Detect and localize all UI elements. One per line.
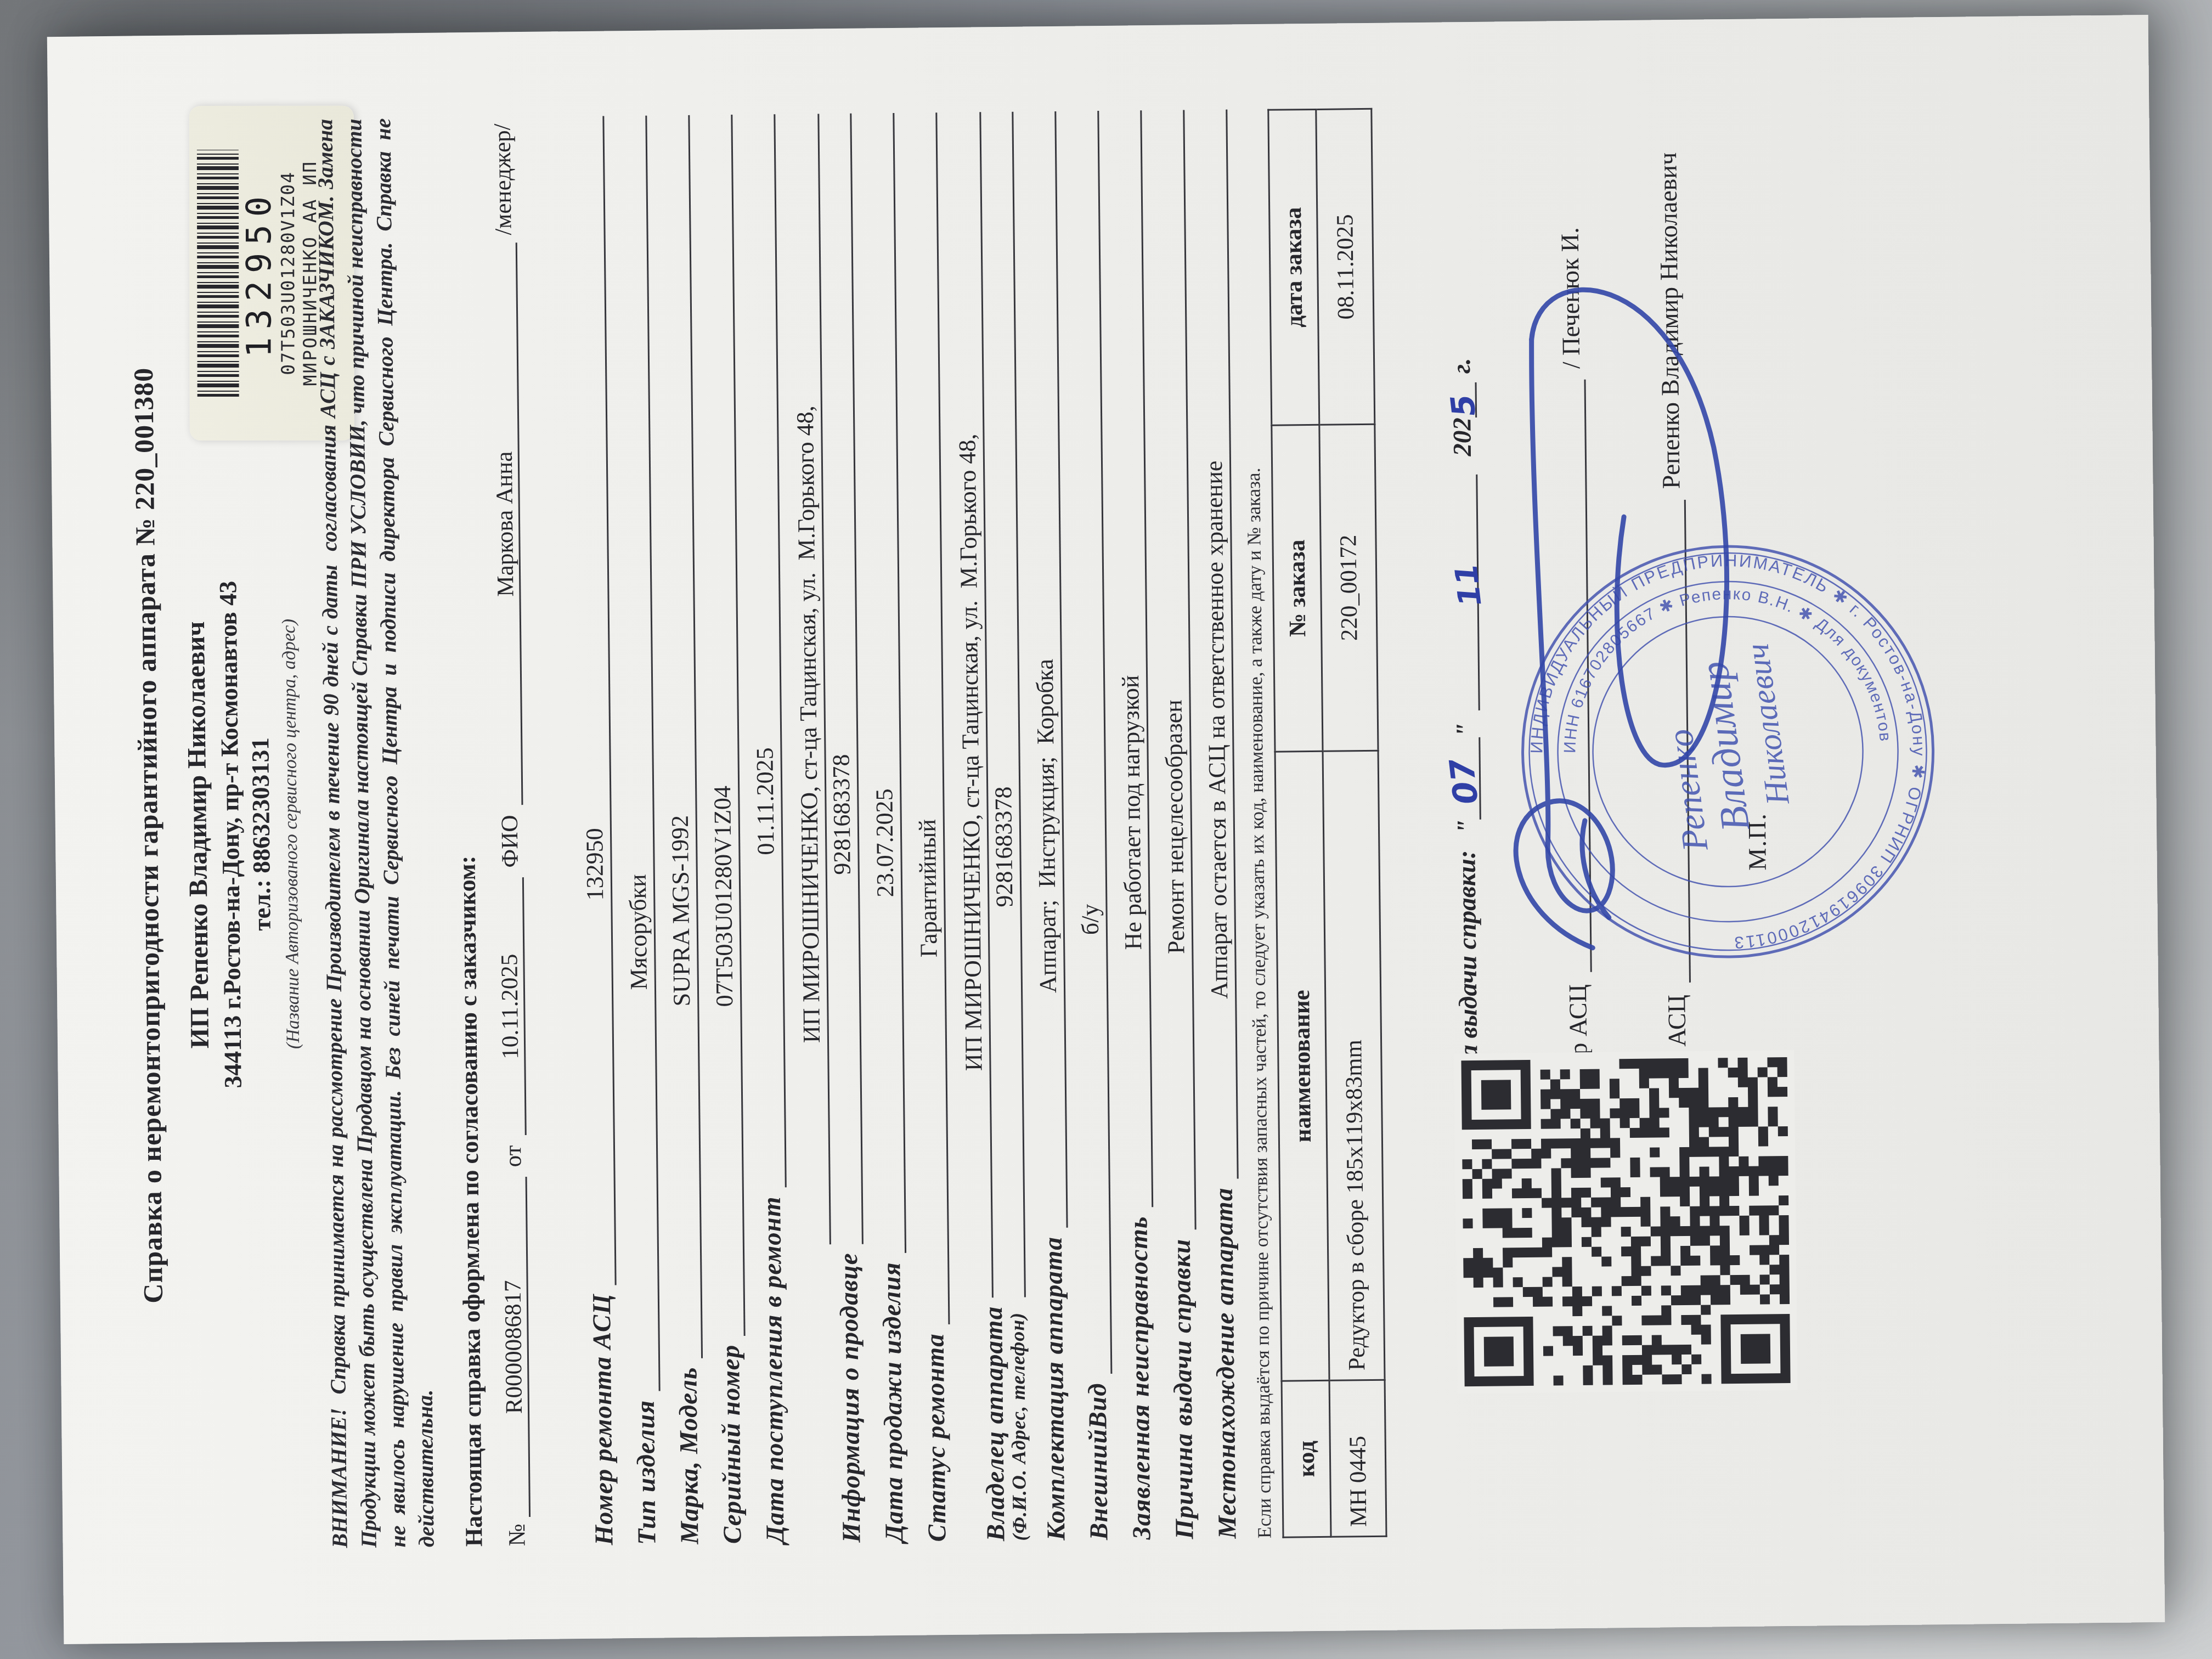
field-row-owner: Владелец аппарата (Ф.И.О. Адрес, телефон…	[949, 112, 1028, 1542]
certificate-number-line: № R0000086817 от 10.11.2025 ФИО Маркова …	[488, 117, 531, 1546]
manager-role: /менеджер/	[489, 117, 517, 243]
field-sublabel: (Ф.И.О. Адрес, телефон)	[1008, 1306, 1029, 1541]
field-value: SUPRA MGS-1992	[666, 815, 696, 1007]
cell-name: Редуктор в сборе 185x119x83mm	[1323, 751, 1385, 1380]
field-label: Статус ремонта	[921, 1324, 952, 1542]
field-value: 01.11.2025	[751, 747, 780, 855]
engineer-name: / Печенюк И.	[1555, 227, 1586, 380]
quote-close: "	[1451, 723, 1480, 737]
handwritten-day: 07	[1443, 756, 1486, 806]
year-blank: 5	[1475, 382, 1477, 417]
cell-code: МН 0445	[1329, 1380, 1386, 1537]
field-label: Местонахождение аппарата	[1209, 1178, 1243, 1539]
warranty-certificate-page: 132950 07T503U01280V1Z04 МИРОШНИЧЕНКО АА…	[47, 15, 2165, 1644]
director-name: Репенко Владимир Николаевич	[1653, 153, 1686, 500]
field-value: Мясорубки	[624, 874, 653, 990]
field-label: Дата продажи изделия	[877, 1253, 910, 1542]
stamp-center-script: Репенко Владимир Николаевич	[1650, 641, 1801, 854]
field-value: Ремонт нецелесообразен	[1160, 699, 1190, 954]
issue-date-line: Дата выдачи справки: " 07 " 11 202 5 г.	[1447, 358, 1484, 1108]
number-label: №	[504, 1517, 531, 1547]
quote-open: "	[1452, 819, 1481, 834]
fio-label: ФИО	[496, 805, 524, 878]
col-header-order: № заказа	[1272, 425, 1323, 752]
field-row-device-location: Местонахождение аппарата Аппарат остаетс…	[1196, 110, 1242, 1539]
field-row-equipment-set: Комплектация аппарата Аппарат; Инструкци…	[1025, 111, 1071, 1541]
col-header-name: наименование	[1275, 751, 1329, 1381]
col-header-order-date: дата заказа	[1268, 109, 1319, 425]
field-label: Дата поступления в ремонт	[757, 1187, 791, 1543]
handwritten-month: 11	[1448, 562, 1489, 608]
agreed-date-value: 10.11.2025	[495, 877, 527, 1136]
certificate-number-value: R0000086817	[499, 1177, 531, 1517]
agreement-line: Настоящая справка оформлена по согласова…	[445, 117, 488, 1547]
field-row-intake-date: Дата поступления в ремонт 01.11.2025	[744, 114, 791, 1543]
field-value: 07T503U01280V1Z04	[708, 786, 738, 1007]
field-value: Аппарат остается в АСЦ на ответственное …	[1200, 460, 1233, 999]
field-row-sale-date: Дата продажи изделия 23.07.2025	[863, 113, 909, 1542]
field-row-serial: Серийный номер 07T503U01280V1Z04	[702, 115, 748, 1544]
field-label: Тип изделия	[631, 1391, 662, 1545]
document-title: Справка о неремонтопригодности гарантийн…	[125, 121, 171, 1550]
field-label: Владелец аппарата	[979, 1306, 1010, 1542]
spare-parts-table: код наименование № заказа дата заказа МН…	[1267, 108, 1387, 1538]
company-stamp: ИНДИВИДУАЛЬНЫЙ ПРЕДПРИНИМАТЕЛЬ ✱ г. Рост…	[1512, 535, 1944, 968]
field-label-wrap: Владелец аппарата (Ф.И.О. Адрес, телефон…	[979, 1297, 1029, 1541]
field-label: Серийный номер	[716, 1336, 748, 1544]
qr-code-icon	[1454, 1050, 1797, 1393]
field-value: ИП МИРОШНИЧЕНКО, ст-ца Тацинская, ул. М.…	[791, 405, 826, 1043]
field-label: Заявленная неисправность	[1124, 1207, 1156, 1539]
col-header-code: код	[1282, 1380, 1331, 1537]
field-row-issue-reason: Причина выдачи справки Ремонт нецелесооб…	[1153, 110, 1199, 1539]
field-value: Гарантийный	[913, 819, 943, 957]
field-value: 132950	[580, 828, 609, 901]
handwritten-year-digit: 5	[1443, 392, 1483, 419]
field-value-line2: 9281683378	[827, 754, 856, 875]
field-label: Номер ремонта АСЦ	[587, 1285, 619, 1545]
field-value-line2: 9281683378	[989, 786, 1018, 907]
field-value: Аппарат; Инструкция; Коробка	[1031, 659, 1062, 994]
cell-order-date: 08.11.2025	[1316, 109, 1375, 425]
warning-paragraph: ВНИМАНИЕ! Справка принимается на рассмот…	[311, 118, 441, 1548]
field-label: ВнешнийВид	[1083, 1374, 1114, 1540]
field-row-repair-status: Статус ремонта Гарантийный	[906, 112, 952, 1542]
field-row-brand-model: Марка, Модель SUPRA MGS-1992	[659, 115, 705, 1544]
field-value: б/у	[1076, 904, 1105, 935]
field-label: Марка, Модель	[673, 1358, 705, 1544]
field-value: Не работает под нагрузкой	[1116, 675, 1147, 950]
from-label: от	[500, 1135, 527, 1177]
field-row-seller-info: Информация о продавце ИП МИРОШНИЧЕНКО, с…	[787, 114, 867, 1543]
field-value: 23.07.2025	[870, 788, 899, 898]
year-printed: 202	[1447, 417, 1477, 456]
cell-order: 220_00172	[1319, 424, 1378, 751]
day-blank: 07	[1479, 737, 1481, 819]
year-suffix: г.	[1447, 358, 1476, 374]
field-label: Информация о продавце	[834, 1244, 867, 1543]
field-row-product-type: Тип изделия Мясорубки	[616, 116, 662, 1545]
field-row-claimed-defect: Заявленная неисправность Не работает под…	[1110, 110, 1156, 1539]
manager-name-value: Маркова Анна	[489, 243, 523, 805]
month-blank: 11	[1476, 475, 1480, 710]
field-row-repair-number: Номер ремонта АСЦ 132950	[573, 116, 619, 1545]
field-row-appearance: ВнешнийВид б/у	[1068, 111, 1114, 1540]
field-label: Причина выдачи справки	[1167, 1230, 1200, 1539]
field-label: Комплектация аппарата	[1039, 1228, 1071, 1541]
field-value: ИП МИРОШНИЧЕНКО, ст-ца Тацинская, ул. М.…	[953, 433, 988, 1071]
